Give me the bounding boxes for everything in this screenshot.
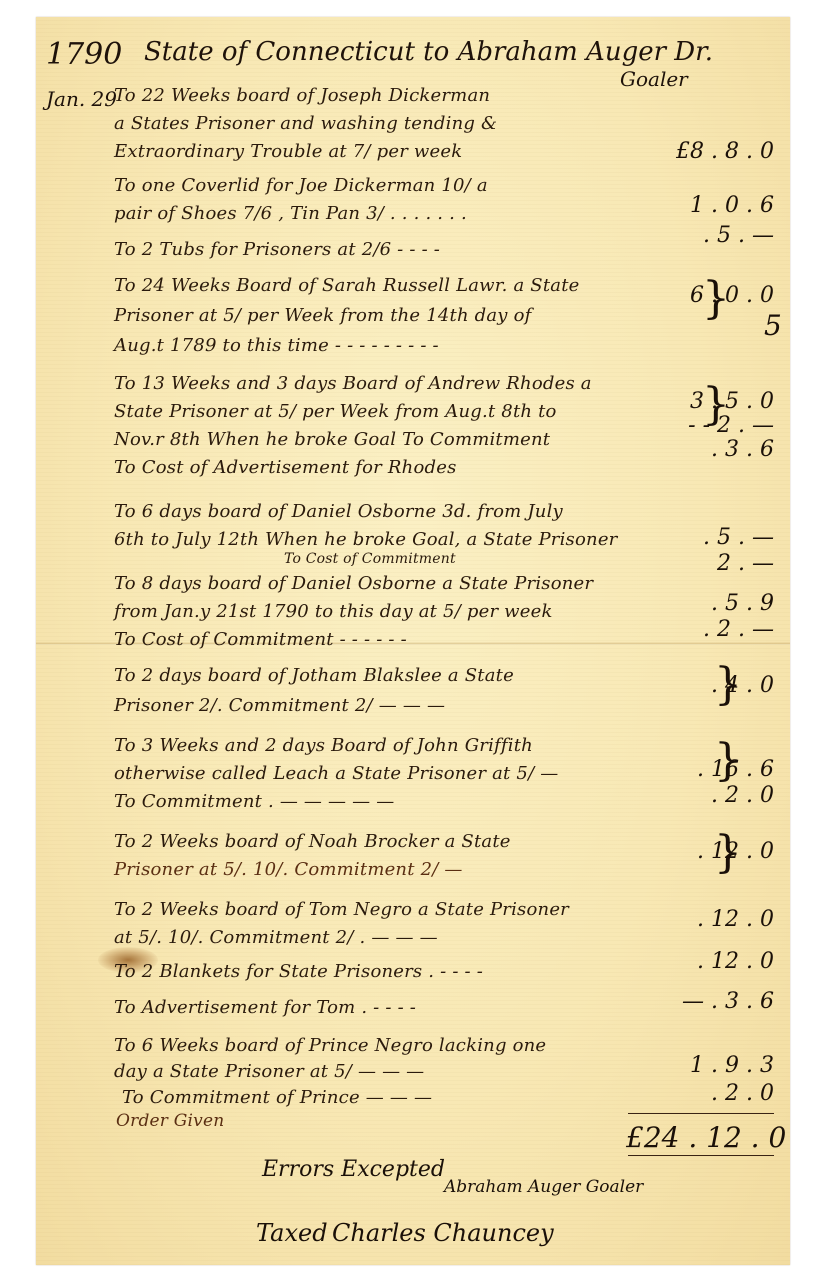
entry-line: State Prisoner at 5/ per Week from Aug.t… xyxy=(114,401,557,422)
entry-line: To 2 Weeks board of Tom Negro a State Pr… xyxy=(114,899,569,920)
entry-line: Prisoner 2/. Commitment 2/ — — — xyxy=(114,695,445,716)
entry-amount: 1 . 0 . 6 xyxy=(690,193,774,218)
entry-amount: . 2 . — xyxy=(703,617,774,642)
signature-chauncey: Charles Chauncey xyxy=(332,1219,554,1247)
total-rule-top xyxy=(628,1113,774,1114)
entry-amount: 1 . 9 . 3 xyxy=(690,1053,774,1078)
entry-amount: 6 . 0 . 0 xyxy=(690,283,774,308)
entry-line: To 6 Weeks board of Prince Negro lacking… xyxy=(114,1035,546,1056)
entry-line: Nov.r 8th When he broke Goal To Commitme… xyxy=(114,429,550,450)
entry-line: To Cost of Advertisement for Rhodes xyxy=(114,457,457,478)
total-amount: £24 . 12 . 0 xyxy=(626,1121,786,1154)
taxed-label: Taxed xyxy=(256,1219,328,1247)
entry-line: a States Prisoner and washing tending & xyxy=(114,113,497,134)
entry-amount: . 16 . 6 xyxy=(697,757,774,782)
entry-line: To Cost of Commitment xyxy=(284,551,456,567)
entry-line: otherwise called Leach a State Prisoner … xyxy=(114,763,558,784)
errors-excepted: Errors Excepted xyxy=(262,1157,445,1182)
entry-line: To Advertisement for Tom . - - - - xyxy=(114,997,416,1018)
entry-amount: . 5 . — xyxy=(703,223,774,248)
account-entries: To 22 Weeks board of Joseph Dickerman a … xyxy=(114,17,790,1117)
entry-line: Aug.t 1789 to this time - - - - - - - - … xyxy=(114,335,439,356)
entry-line: day a State Prisoner at 5/ — — — xyxy=(114,1061,424,1082)
entry-line: To 6 days board of Daniel Osborne 3d. fr… xyxy=(114,501,563,522)
entry-amount: . 4 . 0 xyxy=(711,673,774,698)
entry-line: pair of Shoes 7/6 , Tin Pan 3/ . . . . .… xyxy=(114,203,467,224)
entry-amount: . 12 . 0 xyxy=(697,907,774,932)
entry-amount: - - 2 . — xyxy=(688,413,774,438)
entry-date: Jan. 29 xyxy=(46,87,117,111)
entry-line: Extraordinary Trouble at 7/ per week xyxy=(114,141,462,162)
order-given-note: Order Given xyxy=(116,1111,224,1131)
entry-amount: £8 . 8 . 0 xyxy=(676,139,774,164)
entry-amount: 3 . 5 . 0 xyxy=(690,389,774,414)
entry-line: To 2 days board of Jotham Blakslee a Sta… xyxy=(114,665,514,686)
entry-line: at 5/. 10/. Commitment 2/ . — — — xyxy=(114,927,438,948)
total-rule-bottom xyxy=(628,1155,774,1156)
entry-line: Prisoner at 5/. 10/. Commitment 2/ — xyxy=(114,859,463,880)
entry-line: To 8 days board of Daniel Osborne a Stat… xyxy=(114,573,593,594)
entry-line: To Commitment . — — — — — xyxy=(114,791,395,812)
entry-line: To one Coverlid for Joe Dickerman 10/ a xyxy=(114,175,488,196)
entry-amount: — . 3 . 6 xyxy=(682,989,774,1014)
entry-line: from Jan.y 21st 1790 to this day at 5/ p… xyxy=(114,601,553,622)
entry-line: To 13 Weeks and 3 days Board of Andrew R… xyxy=(114,373,592,394)
entry-amount: . 5 . — xyxy=(703,525,774,550)
entry-line: To 24 Weeks Board of Sarah Russell Lawr.… xyxy=(114,275,579,296)
entry-amount: 2 . — xyxy=(717,551,774,576)
entry-line: To 2 Blankets for State Prisoners . - - … xyxy=(114,961,483,982)
entry-amount: . 2 . 0 xyxy=(711,1081,774,1106)
entry-amount: . 3 . 6 xyxy=(711,437,774,462)
entry-line: Prisoner at 5/ per Week from the 14th da… xyxy=(114,305,532,326)
entry-amount: . 5 . 9 xyxy=(711,591,774,616)
entry-line: To Cost of Commitment - - - - - - xyxy=(114,629,407,650)
entry-line: To 2 Weeks board of Noah Brocker a State xyxy=(114,831,511,852)
entry-amount: . 2 . 0 xyxy=(711,783,774,808)
entry-line: 6th to July 12th When he broke Goal, a S… xyxy=(114,529,617,550)
entry-line: To 3 Weeks and 2 days Board of John Grif… xyxy=(114,735,533,756)
entry-line: To Commitment of Prince — — — xyxy=(122,1087,432,1108)
entry-line: To 22 Weeks board of Joseph Dickerman xyxy=(114,85,490,106)
document-paper: 1790 Jan. 29 State of Connecticut to Abr… xyxy=(36,17,790,1265)
entry-amount: . 12 . 0 xyxy=(697,949,774,974)
entry-line: To 2 Tubs for Prisoners at 2/6 - - - - xyxy=(114,239,440,260)
entry-amount: . 12 . 0 xyxy=(697,839,774,864)
signature-auger: Abraham Auger Goaler xyxy=(444,1177,643,1197)
year-marker: 1790 xyxy=(46,37,122,72)
